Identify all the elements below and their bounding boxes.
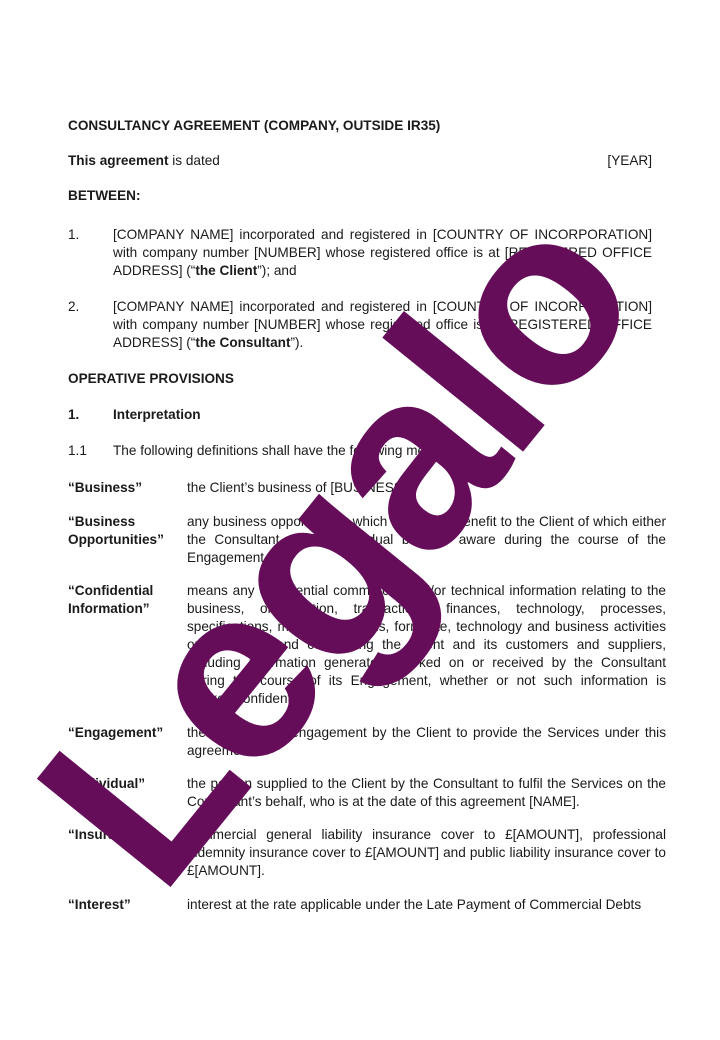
operative-provisions-heading: OPERATIVE PROVISIONS [68, 371, 234, 386]
section-heading: 1. Interpretation [68, 407, 201, 422]
definition-meaning: commercial general liability insurance c… [187, 826, 666, 880]
section-title: Interpretation [113, 407, 201, 422]
definition-term: “Confidential Information” [68, 582, 187, 708]
definition-term: “Insurance” [68, 826, 187, 880]
document-title: CONSULTANCY AGREEMENT (COMPANY, OUTSIDE … [68, 118, 440, 133]
definition-row: “Individual” the person supplied to the … [68, 775, 666, 811]
party-item: 2. [COMPANY NAME] incorporated and regis… [68, 298, 652, 352]
section-number: 1. [68, 407, 113, 422]
definition-meaning: the Consultant’s engagement by the Clien… [187, 724, 666, 760]
clause-text: The following definitions shall have the… [113, 443, 469, 458]
definition-term: “Interest” [68, 896, 187, 914]
definition-row: “Business” the Client’s business of [BUS… [68, 479, 666, 497]
definition-term: “Business” [68, 479, 187, 497]
definition-row: “Engagement” the Consultant’s engagement… [68, 724, 666, 760]
document-page: CONSULTANCY AGREEMENT (COMPANY, OUTSIDE … [0, 0, 720, 1040]
definition-row: “Interest” interest at the rate applicab… [68, 896, 666, 914]
party-text: [COMPANY NAME] incorporated and register… [113, 226, 652, 280]
date-placeholder: [YEAR] [607, 153, 652, 168]
definition-term: “Business Opportunities” [68, 513, 187, 567]
party-number: 1. [68, 226, 113, 280]
definition-row: “Confidential Information” means any con… [68, 582, 666, 708]
clause: 1.1 The following definitions shall have… [68, 443, 469, 458]
definition-meaning: interest at the rate applicable under th… [187, 896, 666, 914]
dated-line: This agreement is dated [YEAR] [68, 153, 652, 168]
party-text: [COMPANY NAME] incorporated and register… [113, 298, 652, 352]
definition-meaning: means any confidential commercial and/or… [187, 582, 666, 708]
definition-term: “Engagement” [68, 724, 187, 760]
definition-row: “Business Opportunities” any business op… [68, 513, 666, 567]
definition-term: “Individual” [68, 775, 187, 811]
definition-meaning: the person supplied to the Client by the… [187, 775, 666, 811]
definition-row: “Insurance” commercial general liability… [68, 826, 666, 880]
clause-number: 1.1 [68, 443, 113, 458]
between-heading: BETWEEN: [68, 188, 141, 203]
party-item: 1. [COMPANY NAME] incorporated and regis… [68, 226, 652, 280]
party-number: 2. [68, 298, 113, 352]
definition-meaning: the Client’s business of [BUSINESS]. [187, 479, 666, 497]
dated-text: This agreement is dated [68, 153, 220, 168]
definition-meaning: any business opportunities which may be … [187, 513, 666, 567]
